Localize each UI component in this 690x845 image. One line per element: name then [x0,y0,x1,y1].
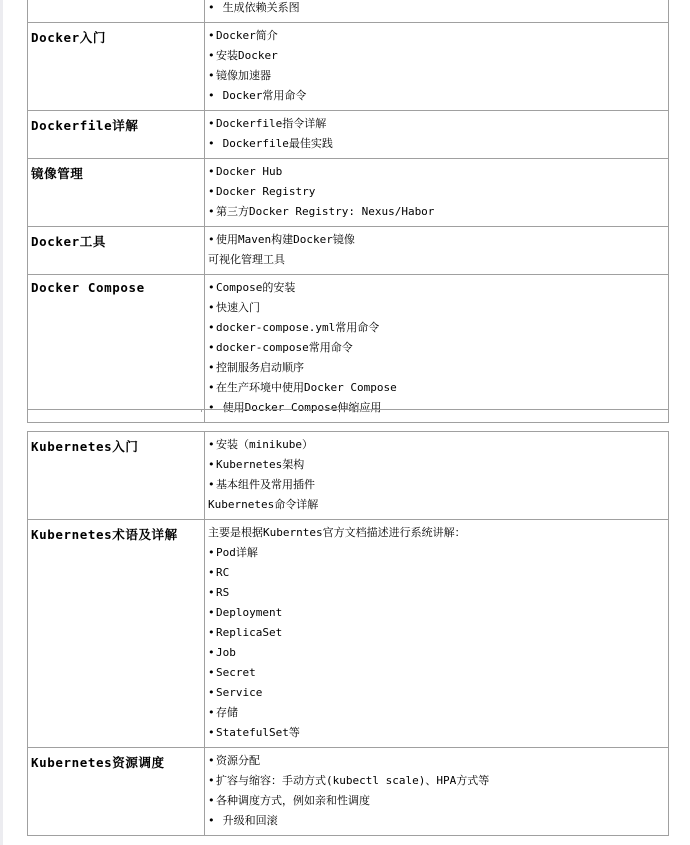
topic-cell: Kubernetes术语及详解 [28,520,205,748]
item-text: 存储 [216,706,238,719]
bullet-list-item: 使用Maven构建Docker镜像 [208,230,668,250]
item-text: 使用Maven构建Docker镜像 [216,233,355,246]
item-text: 在生产环境中使用Docker Compose [216,381,397,394]
bullet-list-item: RC [208,563,668,583]
bullet-list-item: Dockerfile最佳实践 [208,134,668,154]
content-cell: 生成依赖关系图 [205,0,669,23]
item-text: 第三方Docker Registry: Nexus/Habor [216,205,434,218]
bullet-list-item: 安装Docker [208,46,668,66]
item-text: 安装Docker [216,49,278,62]
content-cell: Dockerfile指令详解 Dockerfile最佳实践 [205,111,669,159]
bullet-list-item: Docker简介 [208,26,668,46]
table-row: Kubernetes资源调度资源分配扩容与缩容：手动方式(kubectl sca… [28,748,669,836]
item-text: docker-compose.yml常用命令 [216,321,379,334]
bullet-list-item: ReplicaSet [208,623,668,643]
table-row: Docker ComposeCompose的安装快速入门docker-compo… [28,275,669,423]
item-text: RC [216,566,229,579]
kubernetes-table-body: Kubernetes入门安装（minikube）Kubernetes架构基本组件… [28,432,669,836]
table-row: 镜像管理Docker HubDocker Registry第三方Docker R… [28,159,669,227]
item-text: Deployment [216,606,282,619]
item-text: Compose的安装 [216,281,295,294]
content-cell: Docker HubDocker Registry第三方Docker Regis… [205,159,669,227]
bullet-list-item: docker-compose.yml常用命令 [208,318,668,338]
item-text: 快速入门 [216,301,260,314]
bullet-list-item: RS [208,583,668,603]
bullet-list-item: Service [208,683,668,703]
item-text: Service [216,686,262,699]
topic-cell: Docker入门 [28,23,205,111]
table-row: 生成依赖关系图 [28,0,669,23]
topic-cell: Dockerfile详解 [28,111,205,159]
item-text: Secret [216,666,256,679]
item-text: 安装（minikube） [216,438,313,451]
bullet-list-item: Docker常用命令 [208,86,668,106]
page-left-edge [0,0,3,845]
bullet-list-item: Dockerfile指令详解 [208,114,668,134]
bullet-list-item: 资源分配 [208,751,668,771]
item-text: Docker常用命令 [216,89,306,102]
item-text: Kubernetes架构 [216,458,304,471]
item-text: Docker Registry [216,185,315,198]
table-row: Kubernetes术语及详解主要是根据Kuberntes官方文档描述进行系统讲… [28,520,669,748]
topic-cell: Docker工具 [28,227,205,275]
bullet-list-item: docker-compose常用命令 [208,338,668,358]
bullet-list-item: 存储 [208,703,668,723]
table-divider [201,409,202,412]
bullet-list-item: 安装（minikube） [208,435,668,455]
table-divider [27,409,669,410]
bullet-list-item: Job [208,643,668,663]
item-text: Dockerfile指令详解 [216,117,326,130]
bullet-list-item: Pod详解 [208,543,668,563]
text-line: Kubernetes命令详解 [208,495,668,515]
bullet-list-item: Docker Hub [208,162,668,182]
table-row: Docker工具使用Maven构建Docker镜像可视化管理工具 [28,227,669,275]
item-text: Dockerfile最佳实践 [216,137,333,150]
item-text: 使用Docker Compose伸缩应用 [216,401,381,414]
bullet-list-item: 在生产环境中使用Docker Compose [208,378,668,398]
content-cell: Docker简介安装Docker镜像加速器 Docker常用命令 [205,23,669,111]
bullet-list-item: 各种调度方式，例如亲和性调度 [208,791,668,811]
bullet-list-item: 使用Docker Compose伸缩应用 [208,398,668,418]
bullet-list-item: Kubernetes架构 [208,455,668,475]
bullet-list-item: 基本组件及常用插件 [208,475,668,495]
bullet-list-item: 升级和回滚 [208,811,668,831]
item-text: Job [216,646,236,659]
item-text: 镜像加速器 [216,69,271,82]
bullet-list-item: 控制服务启动顺序 [208,358,668,378]
item-text: Kubernetes命令详解 [208,498,318,511]
topic-cell: Docker Compose [28,275,205,423]
bullet-list-item: 快速入门 [208,298,668,318]
item-text: docker-compose常用命令 [216,341,353,354]
content-cell: 使用Maven构建Docker镜像可视化管理工具 [205,227,669,275]
table-row: Dockerfile详解Dockerfile指令详解 Dockerfile最佳实… [28,111,669,159]
bullet-list-item: 第三方Docker Registry: Nexus/Habor [208,202,668,222]
item-text: 资源分配 [216,754,260,767]
content-cell: 资源分配扩容与缩容：手动方式(kubectl scale)、HPA方式等各种调度… [205,748,669,836]
item-text: 生成依赖关系图 [216,1,300,14]
bullet-list-item: Deployment [208,603,668,623]
docker-table-body: 生成依赖关系图Docker入门Docker简介安装Docker镜像加速器 Doc… [28,0,669,423]
text-line: 可视化管理工具 [208,250,668,270]
bullet-list-item: 扩容与缩容：手动方式(kubectl scale)、HPA方式等 [208,771,668,791]
topic-cell: Kubernetes资源调度 [28,748,205,836]
item-text: 可视化管理工具 [208,253,285,266]
item-text: 扩容与缩容：手动方式(kubectl scale)、HPA方式等 [216,774,489,787]
bullet-list-item: StatefulSet等 [208,723,668,743]
bullet-list-item: Compose的安装 [208,278,668,298]
table-divider [668,409,669,412]
content-cell: 安装（minikube）Kubernetes架构基本组件及常用插件Kuberne… [205,432,669,520]
bullet-list-item: Docker Registry [208,182,668,202]
content-cell: Compose的安装快速入门docker-compose.yml常用命令dock… [205,275,669,423]
table-row: Kubernetes入门安装（minikube）Kubernetes架构基本组件… [28,432,669,520]
bullet-list-item: Secret [208,663,668,683]
table-row: Docker入门Docker简介安装Docker镜像加速器 Docker常用命令 [28,23,669,111]
item-text: 各种调度方式，例如亲和性调度 [216,794,370,807]
topic-cell: Kubernetes入门 [28,432,205,520]
item-text: 主要是根据Kuberntes官方文档描述进行系统讲解： [208,526,466,539]
text-line: 主要是根据Kuberntes官方文档描述进行系统讲解： [208,523,668,543]
bullet-list-item: 镜像加速器 [208,66,668,86]
topic-cell: 镜像管理 [28,159,205,227]
docker-curriculum-table: 生成依赖关系图Docker入门Docker简介安装Docker镜像加速器 Doc… [27,0,669,423]
item-text: 基本组件及常用插件 [216,478,315,491]
item-text: 控制服务启动顺序 [216,361,304,374]
item-text: StatefulSet等 [216,726,300,739]
content-cell: 主要是根据Kuberntes官方文档描述进行系统讲解：Pod详解RCRSDepl… [205,520,669,748]
item-text: Docker Hub [216,165,282,178]
item-text: 升级和回滚 [216,814,278,827]
item-text: Pod详解 [216,546,258,559]
item-text: RS [216,586,229,599]
item-text: Docker简介 [216,29,278,42]
topic-cell [28,0,205,23]
bullet-list-item: 生成依赖关系图 [208,0,668,18]
item-text: ReplicaSet [216,626,282,639]
kubernetes-curriculum-table: Kubernetes入门安装（minikube）Kubernetes架构基本组件… [27,431,669,836]
